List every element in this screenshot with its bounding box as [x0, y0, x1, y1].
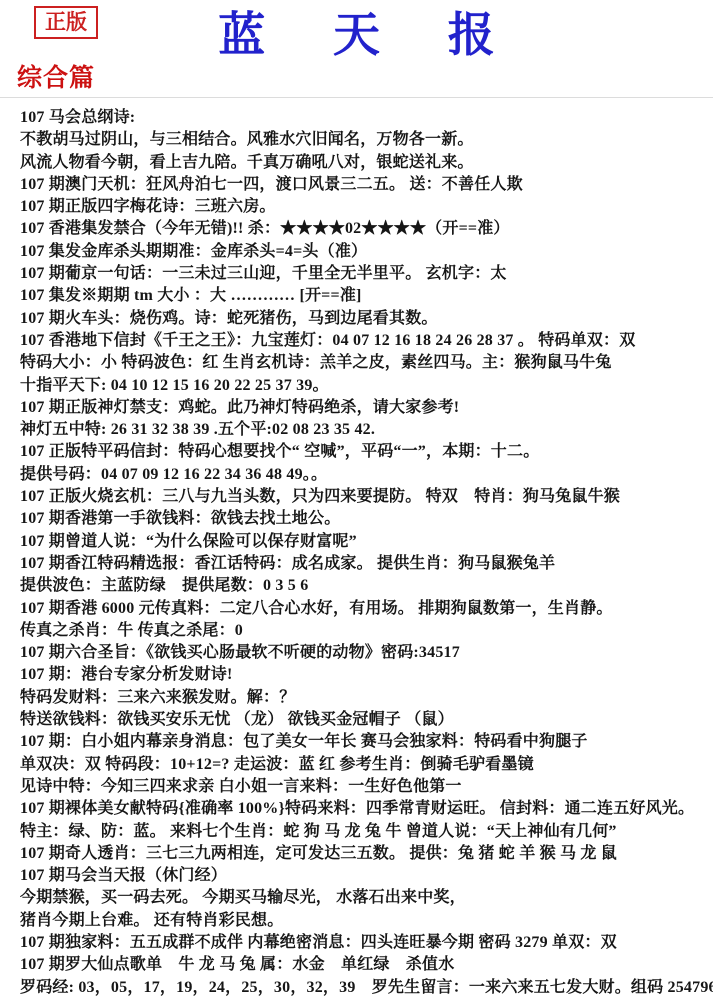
section-heading: 综合篇: [17, 58, 95, 94]
text-line: 107 期正版神灯禁支：鸡蛇。此乃神灯特码绝杀，请大家参考!: [20, 397, 711, 419]
text-line: 107 期马会当天报（休门经）: [20, 865, 711, 887]
text-line: 提供波色：主蓝防绿 提供尾数：0 3 5 6: [20, 575, 711, 597]
text-line: 107 期香港 6000 元传真料：二定八合心水好，有用场。 排期狗鼠数第一，生…: [20, 598, 711, 620]
text-line: 107 期葡京一句话：一三未过三山迎，千里全无半里平。 玄机字：太: [20, 263, 711, 285]
text-line: 107 期香港第一手欲钱料：欲钱去找土地公。: [20, 508, 711, 530]
text-line: 107 期香江特码精选报：香江话特码：成名成家。 提供生肖：狗马鼠猴兔羊: [20, 553, 711, 575]
text-line: 107 集发※期期 tm 大小 ：大 ………… [开==准]: [20, 285, 711, 307]
text-line: 107 期奇人透肖：三七三九两相连，定可发达三五数。 提供：兔 猪 蛇 羊 猴 …: [20, 843, 711, 865]
text-line: 单双决：双 特码段：10+12=? 走运波：蓝 红 参考生肖：倒骑毛驴看墨镜: [20, 754, 711, 776]
text-line: 107 期：白小姐内幕亲身消息：包了美女一年长 赛马会独家料：特码看中狗腿子: [20, 731, 711, 753]
text-line: 107 期曾道人说：“为什么保险可以保存财富呢”: [20, 531, 711, 553]
text-line: 今期禁猴，买一码去死。 今期买马输尽光， 水落石出来中奖，: [20, 887, 711, 909]
text-line: 107 期罗大仙点歌单 牛 龙 马 兔 属：水金 单红绿 杀值水: [20, 954, 711, 976]
text-line: 107 期独家料：五五成群不成伴 内幕绝密消息：四头连旺暴今期 密码 3279 …: [20, 932, 711, 954]
text-line: 107 香港地下信封《千王之王》：九宝莲灯：04 07 12 16 18 24 …: [20, 330, 711, 352]
page-title: 蓝 天 报: [0, 0, 713, 65]
text-line: 十指平天下: 04 10 12 15 16 20 22 25 37 39。: [20, 375, 711, 397]
content-lines: 107 马会总纲诗:不教胡马过阴山，与三相结合。风雅水穴旧闻名，万物各一新。风流…: [20, 107, 711, 999]
text-line: 特主：绿、防：蓝。 来料七个生肖：蛇 狗 马 龙 兔 牛 曾道人说：“天上神仙有…: [20, 821, 711, 843]
text-line: 107 集发金库杀头期期准：金库杀头=4=头（准）: [20, 241, 711, 263]
header-divider: [0, 97, 713, 98]
text-line: 神灯五中特: 26 31 32 38 39 .五个平:02 08 23 35 4…: [20, 419, 711, 441]
text-line: 不教胡马过阴山，与三相结合。风雅水穴旧闻名，万物各一新。: [20, 129, 711, 151]
text-line: 风流人物看今朝，看上吉九陪。千真万确吼八对，银蛇送礼来。: [20, 152, 711, 174]
text-line: 107 期正版四字梅花诗：三班六房。: [20, 196, 711, 218]
text-line: 提供号码：04 07 09 12 16 22 34 36 48 49。。: [20, 464, 711, 486]
text-line: 107 期澳门天机：狂风舟泊七一四，渡口风景三二五。 送：不善任人欺: [20, 174, 711, 196]
text-line: 特码大小：小 特码波色：红 生肖玄机诗：羔羊之皮，素丝四马。主：猴狗鼠马牛兔: [20, 352, 711, 374]
text-line: 107 期：港台专家分析发财诗!: [20, 664, 711, 686]
text-line: 107 香港集发禁合（今年无错)!! 杀：★★★★02★★★★（开==准）: [20, 218, 711, 240]
text-line: 107 马会总纲诗:: [20, 107, 711, 129]
text-line: 传真之杀肖：牛 传真之杀尾：0: [20, 620, 711, 642]
text-line: 特送欲钱料：欲钱买安乐无忧 （龙） 欲钱买金冠帽子 （鼠）: [20, 709, 711, 731]
text-line: 特码发财料：三来六来猴发财。解：？: [20, 687, 711, 709]
text-line: 107 期裸体美女献特码{准确率 100%}特码来料：四季常青财运旺。 信封料：…: [20, 798, 711, 820]
text-line: 罗码经: 03，05，17，19，24，25，30，32，39 罗先生留言：一来…: [20, 977, 711, 999]
text-line: 猪肖今期上台难。 还有特肖彩民想。: [20, 910, 711, 932]
text-line: 107 正版火烧玄机：三八与九当头数，只为四来要提防。 特双 特肖：狗马兔鼠牛猴: [20, 486, 711, 508]
text-line: 107 正版特平码信封：特码心想要找个“ 空喊”，平码“一”，本期：十二。: [20, 441, 711, 463]
text-line: 107 期火车头：烧伤鸡。诗：蛇死猪伤，马到边尾看其数。: [20, 308, 711, 330]
text-line: 见诗中特：今知三四来求亲 白小姐一言来料：一生好色他第一: [20, 776, 711, 798]
text-line: 107 期六合圣旨：《欲钱买心肠最软不听硬的动物》密码:34517: [20, 642, 711, 664]
